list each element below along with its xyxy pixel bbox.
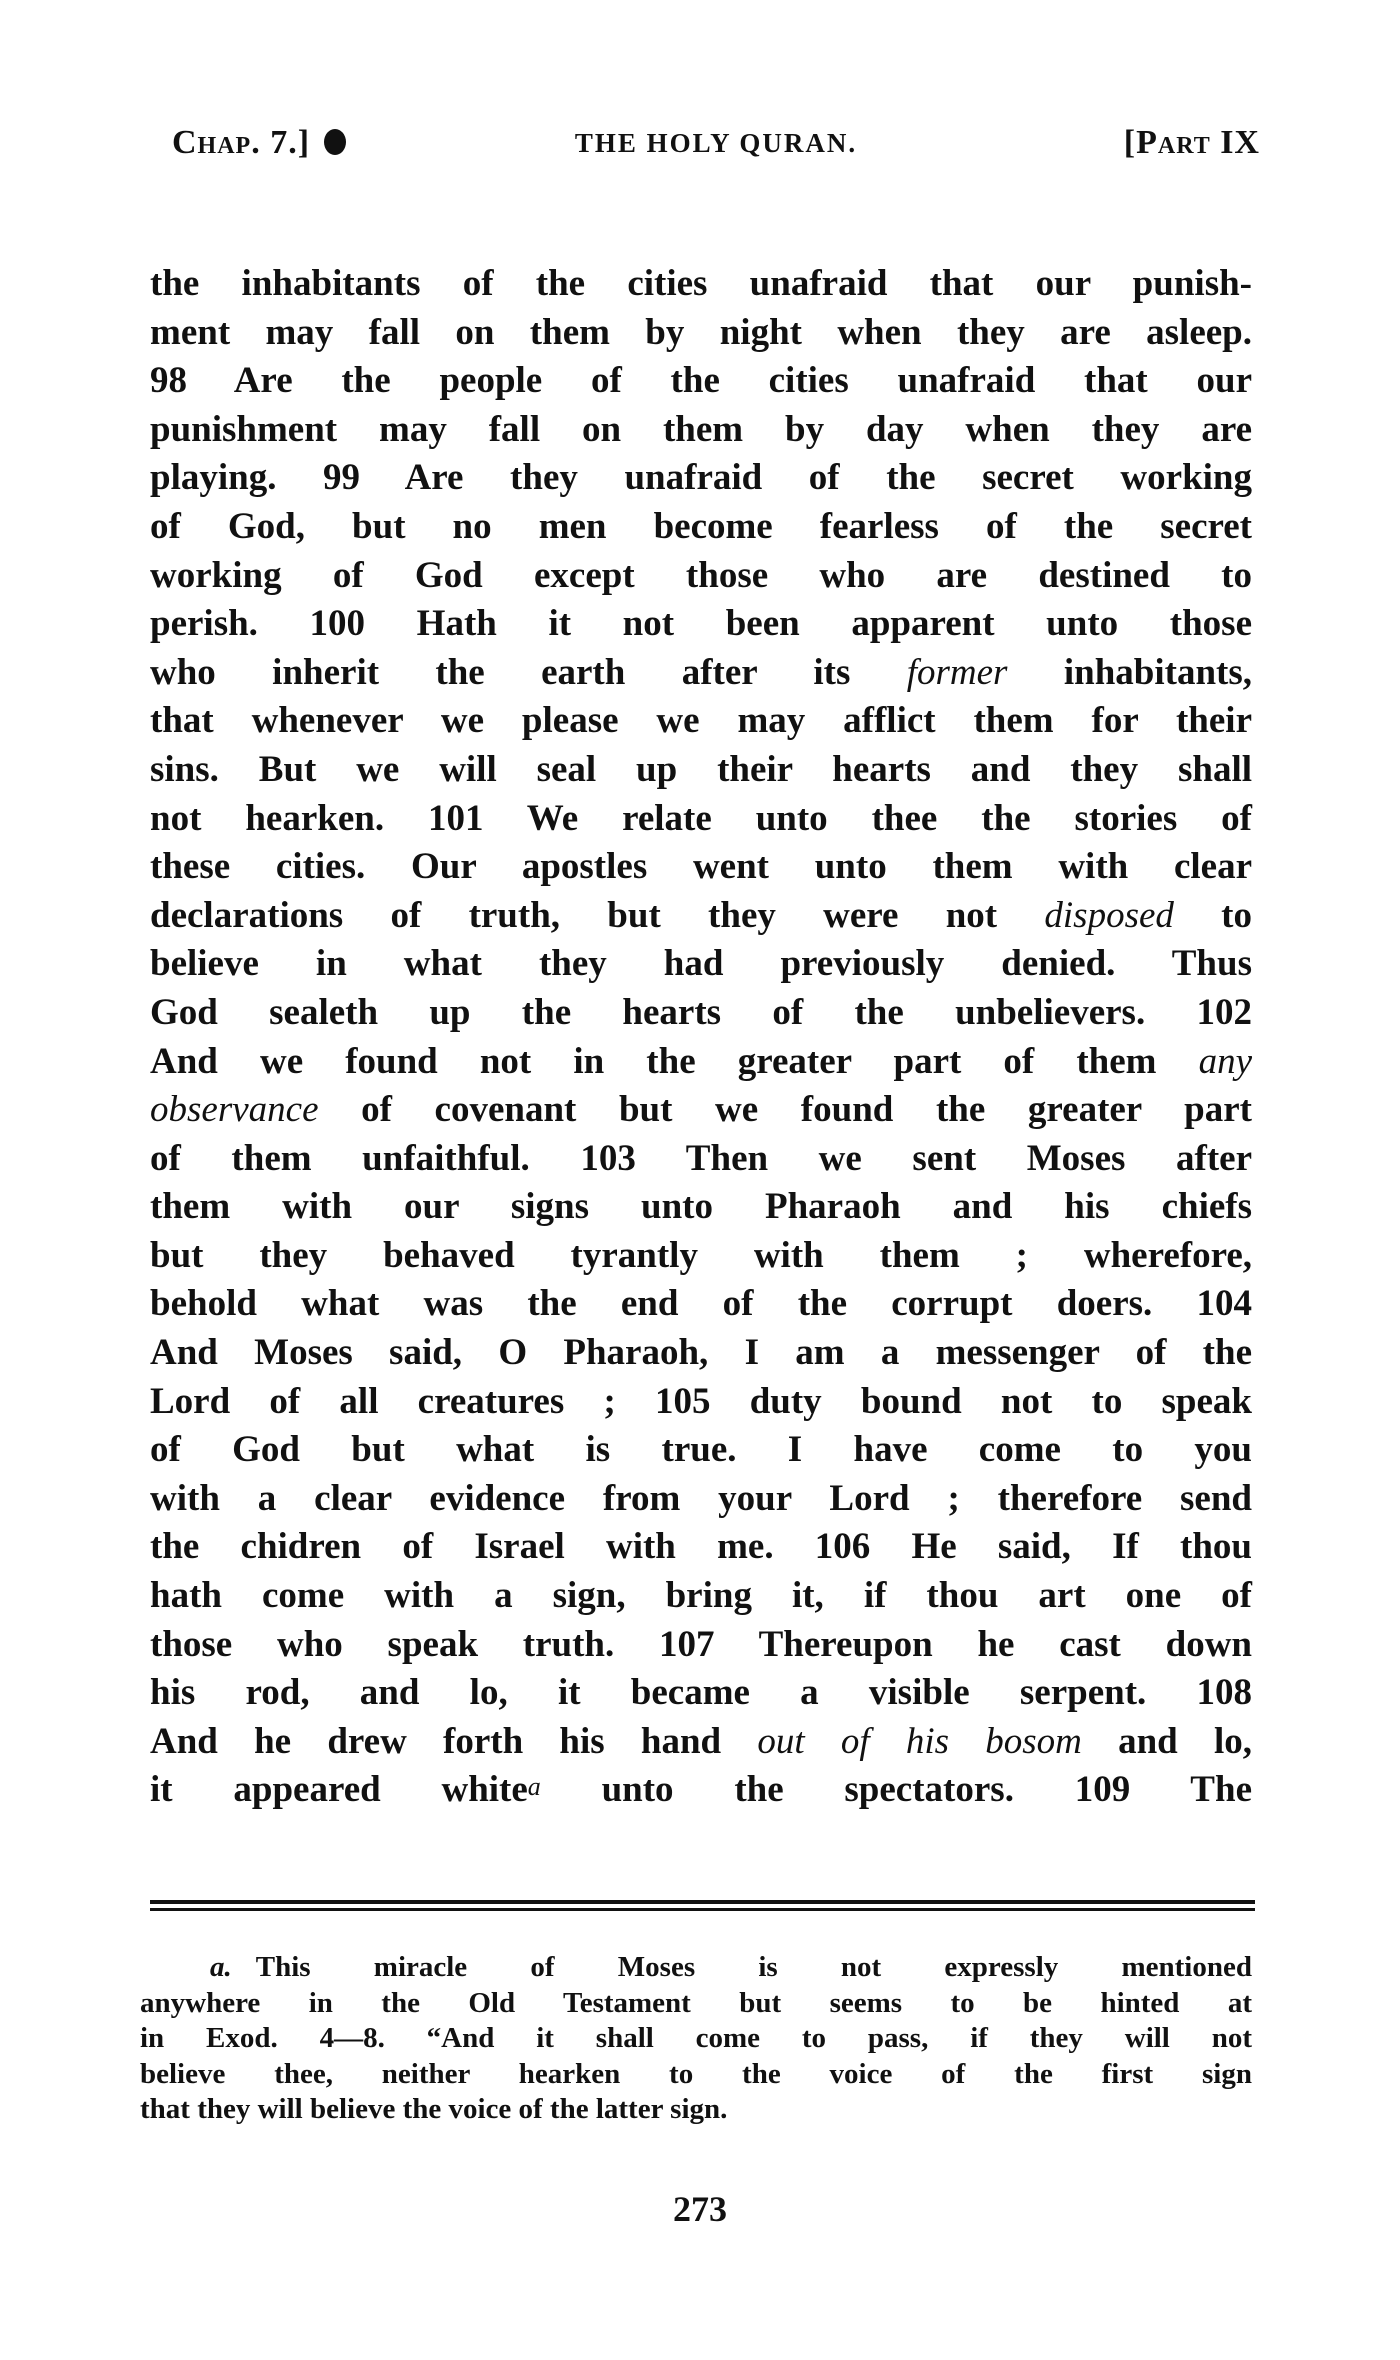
text-line: believe in what they had previously deni… xyxy=(150,940,1252,989)
footnote-line: that they will believe the voice of the … xyxy=(140,2092,1252,2128)
italic-phrase: disposed xyxy=(1044,895,1174,936)
text-line: but they behaved tyrantly with them ; wh… xyxy=(150,1232,1252,1281)
footnote-marker: a. xyxy=(210,1951,232,1983)
text-line: them with our signs unto Pharaoh and his… xyxy=(150,1183,1252,1232)
italic-phrase: any xyxy=(1199,1041,1252,1082)
main-text: the inhabitants of the cities unafraid t… xyxy=(150,260,1252,1815)
text-line: these cities. Our apostles went unto the… xyxy=(150,843,1252,892)
text-line: And Moses said, O Pharaoh, I am a messen… xyxy=(150,1329,1252,1378)
text-line: God sealeth up the hearts of the unbelie… xyxy=(150,989,1252,1038)
footnote-line: believe thee, neither hearken to the voi… xyxy=(140,2057,1252,2093)
text-line: of God but what is true. I have come to … xyxy=(150,1426,1252,1475)
text-line: ment may fall on them by night when they… xyxy=(150,309,1252,358)
text-line: And he drew forth his hand out of his bo… xyxy=(150,1718,1252,1767)
italic-phrase: former xyxy=(907,652,1008,693)
text-line: observance of covenant but we found the … xyxy=(150,1086,1252,1135)
footnote: a.This miracle of Moses is not expressly… xyxy=(140,1950,1252,2128)
italic-phrase: observance xyxy=(150,1089,319,1130)
text-line: that whenever we please we may afflict t… xyxy=(150,697,1252,746)
text-line: of God, but no men become fearless of th… xyxy=(150,503,1252,552)
book-page: Chap. 7.] THE HOLY QURAN. [Part IX the i… xyxy=(0,0,1400,2360)
text-line: perish. 100 Hath it not been apparent un… xyxy=(150,600,1252,649)
page-number: 273 xyxy=(0,2188,1400,2230)
text-line: the chidren of Israel with me. 106 He sa… xyxy=(150,1523,1252,1572)
footnote-line: a.This miracle of Moses is not expressly… xyxy=(140,1950,1252,1986)
text-line: the inhabitants of the cities unafraid t… xyxy=(150,260,1252,309)
text-line: hath come with a sign, bring it, if thou… xyxy=(150,1572,1252,1621)
text-line: sins. But we will seal up their hearts a… xyxy=(150,746,1252,795)
footnote-divider-top xyxy=(150,1900,1255,1904)
text-line: declarations of truth, but they were not… xyxy=(150,892,1252,941)
part-label: [Part IX xyxy=(1124,124,1260,162)
text-line: of them unfaithful. 103 Then we sent Mos… xyxy=(150,1135,1252,1184)
italic-phrase: out of his bosom xyxy=(757,1721,1082,1762)
footnote-reference: a xyxy=(528,1772,541,1801)
text-line: Lord of all creatures ; 105 duty bound n… xyxy=(150,1378,1252,1427)
text-line: playing. 99 Are they unafraid of the sec… xyxy=(150,454,1252,503)
running-head: Chap. 7.] THE HOLY QURAN. [Part IX xyxy=(172,124,1260,174)
text-line: not hearken. 101 We relate unto thee the… xyxy=(150,795,1252,844)
text-line: those who speak truth. 107 Thereupon he … xyxy=(150,1621,1252,1670)
footnote-line: anywhere in the Old Testament but seems … xyxy=(140,1986,1252,2022)
text-line: his rod, and lo, it became a visible ser… xyxy=(150,1669,1252,1718)
text-line: And we found not in the greater part of … xyxy=(150,1038,1252,1087)
text-line: 98 Are the people of the cities unafraid… xyxy=(150,357,1252,406)
text-line: with a clear evidence from your Lord ; t… xyxy=(150,1475,1252,1524)
text-line: who inherit the earth after its former i… xyxy=(150,649,1252,698)
footnote-line: in Exod. 4—8. “And it shall come to pass… xyxy=(140,2021,1252,2057)
text-line: it appeared whitea unto the spectators. … xyxy=(150,1766,1252,1815)
text-line: working of God except those who are dest… xyxy=(150,552,1252,601)
book-title: THE HOLY QURAN. xyxy=(172,128,1260,159)
footnote-divider-bottom xyxy=(150,1908,1255,1911)
text-line: behold what was the end of the corrupt d… xyxy=(150,1280,1252,1329)
text-line: punishment may fall on them by day when … xyxy=(150,406,1252,455)
